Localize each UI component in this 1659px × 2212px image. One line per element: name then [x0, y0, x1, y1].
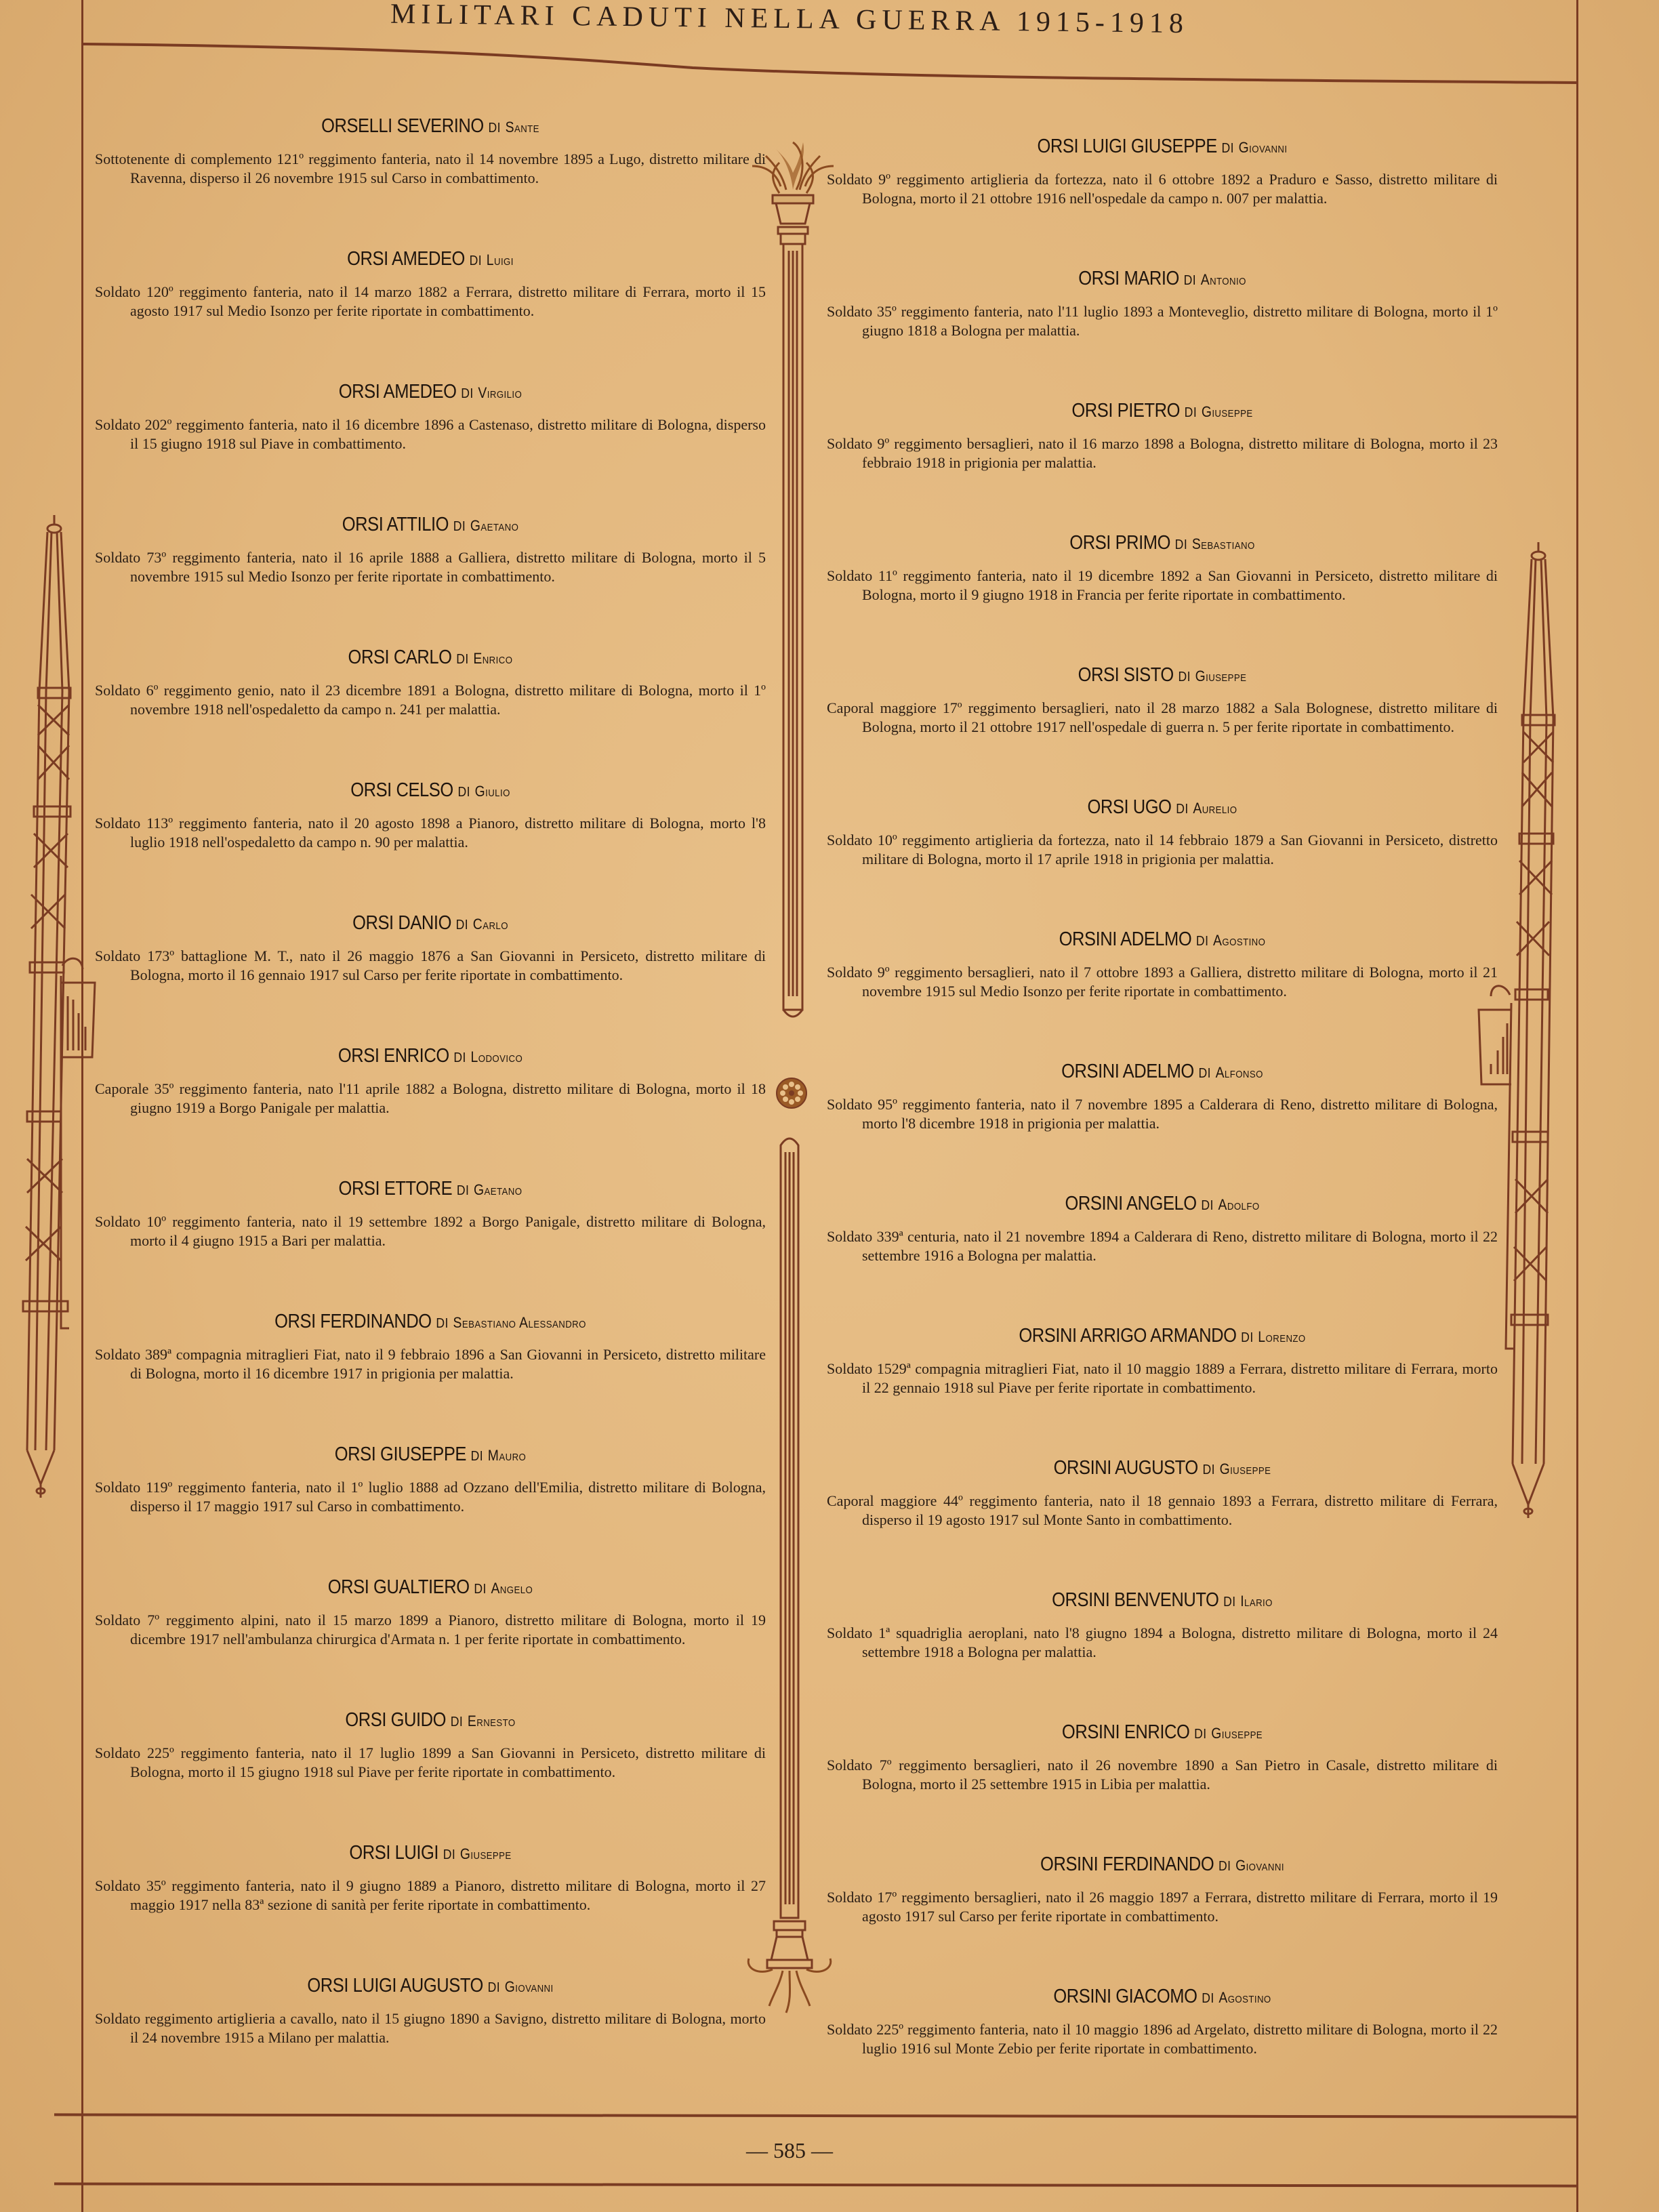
entry-description: Soldato 95º reggimento fanteria, nato il… [827, 1095, 1498, 1133]
entry-name: ORSI PRIMO di Sebastiano [867, 532, 1457, 554]
entry-name: ORSINI GIACOMO di Agostino [867, 1986, 1457, 2008]
entry-surname-given: ORSI AMEDEO [339, 381, 457, 403]
entry-di: di [1202, 1462, 1214, 1477]
entry-description: Soldato 10º reggimento artiglieria da fo… [827, 831, 1498, 869]
entry-di: di [457, 1183, 469, 1198]
page-header-title: MILITARI CADUTI NELLA GUERRA 1915-1918 [27, 0, 1552, 45]
entry-father: Lorenzo [1258, 1328, 1305, 1345]
entry-di: di [1178, 670, 1190, 684]
entry-di: di [461, 386, 473, 401]
entry-surname-given: ORSINI BENVENUTO [1052, 1589, 1218, 1611]
entry-name: ORSI GUALTIERO di Angelo [135, 1576, 725, 1599]
footer-rule-top [54, 2113, 1576, 2118]
entry-description: Soldato 202º reggimento fanteria, nato i… [95, 415, 766, 453]
memorial-entry: ORSINI AUGUSTO di Giuseppe Caporal maggi… [827, 1457, 1498, 1530]
entry-father: Lodovico [471, 1048, 523, 1065]
entry-description: Soldato 35º reggimento fanteria, nato il… [95, 1877, 766, 1914]
entry-di: di [453, 519, 466, 534]
entry-name: ORSI DANIO di Carlo [135, 912, 725, 935]
entry-di: di [436, 1316, 448, 1331]
entry-di: di [474, 1582, 486, 1597]
entry-description: Soldato 17º reggimento bersaglieri, nato… [827, 1888, 1498, 1926]
entry-father: Sebastiano Alessandro [453, 1314, 586, 1331]
memorial-entry: ORSI PIETRO di Giuseppe Soldato 9º reggi… [827, 400, 1498, 472]
entry-father: Giuseppe [1220, 1460, 1271, 1477]
entry-name: ORSI UGO di Aurelio [867, 796, 1457, 819]
entry-name: ORSINI FERDINANDO di Giovanni [867, 1853, 1457, 1876]
memorial-entry: ORSINI BENVENUTO di Ilario Soldato 1ª sq… [827, 1589, 1498, 1662]
memorial-entry: ORSI CELSO di Giulio Soldato 113º reggim… [95, 779, 766, 852]
entry-surname-given: ORSINI AUGUSTO [1054, 1457, 1198, 1479]
entry-father: Giuseppe [1211, 1725, 1263, 1742]
entry-father: Ilario [1240, 1593, 1273, 1610]
entry-di: di [453, 1050, 466, 1065]
page-frame-right-rule [1576, 0, 1578, 2212]
memorial-entry: ORSI GIUSEPPE di Mauro Soldato 119º regg… [95, 1443, 766, 1516]
entry-surname-given: ORSINI ENRICO [1062, 1721, 1190, 1743]
memorial-entry: ORSI LUIGI AUGUSTO di Giovanni Soldato r… [95, 1975, 766, 2047]
entry-surname-given: ORSI SISTO [1078, 664, 1174, 686]
entry-father: Agostino [1218, 1989, 1271, 2006]
entry-name: ORSELLI SEVERINO di Sante [135, 115, 725, 138]
entry-name: ORSI CARLO di Enrico [135, 647, 725, 669]
entry-di: di [457, 785, 470, 800]
memorial-entry: ORSI AMEDEO di Virgilio Soldato 202º reg… [95, 381, 766, 453]
memorial-entry: ORSINI FERDINANDO di Giovanni Soldato 17… [827, 1853, 1498, 1926]
entry-description: Soldato 1ª squadriglia aeroplani, nato l… [827, 1624, 1498, 1662]
entry-di: di [1194, 1727, 1206, 1742]
entry-father: Carlo [473, 916, 508, 933]
entry-surname-given: ORSINI ADELMO [1061, 1061, 1194, 1082]
entry-di: di [1176, 802, 1188, 817]
entry-di: di [1201, 1198, 1213, 1213]
entry-father: Giuseppe [460, 1845, 512, 1862]
entry-surname-given: ORSI GUALTIERO [328, 1576, 470, 1598]
entry-surname-given: ORSI FERDINANDO [274, 1311, 432, 1332]
entry-di: di [456, 652, 468, 667]
entry-father: Sebastiano [1192, 535, 1255, 552]
entry-di: di [451, 1715, 463, 1729]
entry-surname-given: ORSI UGO [1087, 796, 1171, 818]
entry-description: Soldato 225º reggimento fanteria, nato i… [95, 1744, 766, 1782]
entry-surname-given: ORSINI ANGELO [1065, 1193, 1196, 1214]
entry-father: Enrico [473, 650, 512, 667]
entry-name: ORSI ETTORE di Gaetano [135, 1178, 725, 1200]
entry-description: Soldato 225º reggimento fanteria, nato i… [827, 2020, 1498, 2058]
entry-father: Angelo [491, 1580, 533, 1597]
entry-father: Aurelio [1193, 800, 1237, 817]
entry-surname-given: ORSI ENRICO [338, 1045, 449, 1067]
entry-name: ORSI LUIGI di Giuseppe [135, 1842, 725, 1864]
entry-di: di [1202, 1991, 1214, 2006]
entry-name: ORSINI ARRIGO ARMANDO di Lorenzo [867, 1325, 1457, 1347]
entry-di: di [488, 1980, 500, 1995]
entry-description: Soldato 9º reggimento artiglieria da for… [827, 170, 1498, 208]
memorial-entry: ORSI SISTO di Giuseppe Caporal maggiore … [827, 664, 1498, 737]
memorial-entry: ORSI GUIDO di Ernesto Soldato 225º reggi… [95, 1709, 766, 1782]
entry-surname-given: ORSI CARLO [348, 647, 452, 668]
entry-di: di [1196, 934, 1208, 949]
entry-father: Giovanni [505, 1978, 554, 1995]
entry-description: Soldato 6º reggimento genio, nato il 23 … [95, 681, 766, 719]
entry-father: Antonio [1201, 271, 1246, 288]
entry-description: Soldato 173º battaglione M. T., nato il … [95, 947, 766, 985]
entry-di: di [1223, 1595, 1235, 1610]
entry-surname-given: ORSI LUIGI GIUSEPPE [1037, 136, 1216, 157]
header-rule [83, 41, 1578, 88]
entry-description: Soldato reggimento artiglieria a cavallo… [95, 2009, 766, 2047]
entry-description: Caporal maggiore 17º reggimento bersagli… [827, 699, 1498, 737]
entry-description: Sottotenente di complemento 121º reggime… [95, 150, 766, 188]
memorial-entry: ORSI UGO di Aurelio Soldato 10º reggimen… [827, 796, 1498, 869]
entry-di: di [1184, 273, 1196, 288]
memorial-entry: ORSI ATTILIO di Gaetano Soldato 73º regg… [95, 514, 766, 586]
memorial-entry: ORSI AMEDEO di Luigi Soldato 120º reggim… [95, 248, 766, 321]
memorial-entry: ORSI MARIO di Antonio Soldato 35º reggim… [827, 268, 1498, 340]
memorial-entry: ORSI LUIGI GIUSEPPE di Giovanni Soldato … [827, 136, 1498, 208]
entry-description: Soldato 7º reggimento alpini, nato il 15… [95, 1611, 766, 1649]
entry-di: di [1241, 1330, 1253, 1345]
memorial-entry: ORSINI ENRICO di Giuseppe Soldato 7º reg… [827, 1721, 1498, 1794]
entry-surname-given: ORSI ATTILIO [342, 514, 449, 535]
entry-surname-given: ORSI PRIMO [1069, 532, 1170, 554]
entry-name: ORSI LUIGI GIUSEPPE di Giovanni [867, 136, 1457, 158]
entry-name: ORSINI AUGUSTO di Giuseppe [867, 1457, 1457, 1479]
entry-father: Ernesto [468, 1713, 516, 1729]
entry-name: ORSINI ENRICO di Giuseppe [867, 1721, 1457, 1744]
entry-father: Giulio [475, 783, 510, 800]
entry-description: Caporale 35º reggimento fanteria, nato l… [95, 1080, 766, 1118]
entry-name: ORSI GUIDO di Ernesto [135, 1709, 725, 1732]
entry-name: ORSI GIUSEPPE di Mauro [135, 1443, 725, 1466]
entry-di: di [456, 918, 468, 933]
memorial-entry: ORSINI GIACOMO di Agostino Soldato 225º … [827, 1986, 1498, 2058]
entry-father: Adolfo [1218, 1196, 1260, 1213]
memorial-entry: ORSINI ANGELO di Adolfo Soldato 339ª cen… [827, 1193, 1498, 1265]
entry-surname-given: ORSI ETTORE [339, 1178, 453, 1200]
entry-surname-given: ORSI GIUSEPPE [335, 1443, 466, 1465]
entry-name: ORSI ENRICO di Lodovico [135, 1045, 725, 1067]
entry-surname-given: ORSI GUIDO [345, 1709, 446, 1731]
entry-description: Soldato 7º reggimento bersaglieri, nato … [827, 1756, 1498, 1794]
entry-di: di [1221, 141, 1233, 156]
entry-di: di [1218, 1859, 1231, 1874]
page-number: — 585 — [27, 2138, 1552, 2163]
memorial-entry: ORSI GUALTIERO di Angelo Soldato 7º regg… [95, 1576, 766, 1649]
entry-surname-given: ORSI DANIO [352, 912, 451, 934]
rosette-icon [775, 1076, 808, 1110]
memorial-entry: ORSI ENRICO di Lodovico Caporale 35º reg… [95, 1045, 766, 1118]
entry-name: ORSINI ADELMO di Agostino [867, 928, 1457, 951]
entry-di: di [443, 1847, 455, 1862]
entry-name: ORSI PIETRO di Giuseppe [867, 400, 1457, 422]
memorial-entry: ORSINI ADELMO di Agostino Soldato 9º reg… [827, 928, 1498, 1001]
entry-surname-given: ORSINI GIACOMO [1053, 1986, 1197, 2007]
entry-surname-given: ORSI PIETRO [1071, 400, 1180, 422]
entry-surname-given: ORSI MARIO [1078, 268, 1179, 289]
entry-father: Alfonso [1216, 1064, 1263, 1081]
entry-description: Soldato 389ª compagnia mitraglieri Fiat,… [95, 1345, 766, 1383]
entry-di: di [1185, 405, 1197, 420]
entry-di: di [471, 1449, 483, 1464]
memorial-entry: ORSELLI SEVERINO di Sante Sottotenente d… [95, 115, 766, 188]
memorial-entry: ORSI DANIO di Carlo Soldato 173º battagl… [95, 912, 766, 985]
entry-name: ORSI ATTILIO di Gaetano [135, 514, 725, 536]
entry-name: ORSINI BENVENUTO di Ilario [867, 1589, 1457, 1612]
entry-description: Caporal maggiore 44º reggimento fanteria… [827, 1492, 1498, 1530]
entry-di: di [470, 253, 482, 268]
entry-description: Soldato 9º reggimento bersaglieri, nato … [827, 963, 1498, 1001]
memorial-entry: ORSINI ARRIGO ARMANDO di Lorenzo Soldato… [827, 1325, 1498, 1397]
entry-description: Soldato 11º reggimento fanteria, nato il… [827, 567, 1498, 605]
footer-rule-bottom [54, 2182, 1576, 2187]
entry-father: Giuseppe [1195, 668, 1247, 684]
entry-father: Mauro [488, 1447, 526, 1464]
entry-di: di [488, 121, 500, 136]
entry-surname-given: ORSELLI SEVERINO [321, 115, 484, 137]
memorial-entry: ORSI PRIMO di Sebastiano Soldato 11º reg… [827, 532, 1498, 605]
entry-name: ORSI LUIGI AUGUSTO di Giovanni [135, 1975, 725, 1997]
entry-description: Soldato 1529ª compagnia mitraglieri Fiat… [827, 1359, 1498, 1397]
memorial-entry: ORSI ETTORE di Gaetano Soldato 10º reggi… [95, 1178, 766, 1250]
entry-surname-given: ORSI AMEDEO [347, 248, 465, 270]
entry-name: ORSI MARIO di Antonio [867, 268, 1457, 290]
entry-father: Gaetano [474, 1181, 522, 1198]
memorial-entry: ORSI LUIGI di Giuseppe Soldato 35º reggi… [95, 1842, 766, 1914]
entry-father: Agostino [1213, 932, 1265, 949]
entry-surname-given: ORSI LUIGI AUGUSTO [307, 1975, 483, 1996]
entry-surname-given: ORSI CELSO [350, 779, 453, 801]
entry-di: di [1198, 1066, 1210, 1081]
entry-di: di [1175, 537, 1187, 552]
entry-description: Soldato 10º reggimento fanteria, nato il… [95, 1212, 766, 1250]
entry-surname-given: ORSINI ADELMO [1059, 928, 1192, 950]
entry-father: Sante [506, 119, 539, 136]
memorial-entry: ORSI FERDINANDO di Sebastiano Alessandro… [95, 1311, 766, 1383]
entry-father: Giuseppe [1202, 403, 1253, 420]
entry-surname-given: ORSINI FERDINANDO [1040, 1853, 1214, 1875]
entry-surname-given: ORSINI ARRIGO ARMANDO [1019, 1325, 1236, 1347]
memorial-entry: ORSINI ADELMO di Alfonso Soldato 95º reg… [827, 1061, 1498, 1133]
entry-description: Soldato 73º reggimento fanteria, nato il… [95, 548, 766, 586]
entry-father: Virgilio [478, 384, 522, 401]
entry-father: Giovanni [1235, 1857, 1284, 1874]
entry-name: ORSINI ANGELO di Adolfo [867, 1193, 1457, 1215]
entry-name: ORSI FERDINANDO di Sebastiano Alessandro [135, 1311, 725, 1333]
entry-description: Soldato 35º reggimento fanteria, nato l'… [827, 302, 1498, 340]
entry-surname-given: ORSI LUIGI [349, 1842, 438, 1864]
entry-description: Soldato 9º reggimento bersaglieri, nato … [827, 434, 1498, 472]
entry-name: ORSI AMEDEO di Virgilio [135, 381, 725, 403]
entry-name: ORSI CELSO di Giulio [135, 779, 725, 802]
entry-description: Soldato 119º reggimento fanteria, nato i… [95, 1478, 766, 1516]
entry-description: Soldato 113º reggimento fanteria, nato i… [95, 814, 766, 852]
entry-name: ORSI SISTO di Giuseppe [867, 664, 1457, 687]
entry-description: Soldato 339ª centuria, nato il 21 novemb… [827, 1227, 1498, 1265]
entry-father: Gaetano [470, 517, 518, 534]
memorial-entry: ORSI CARLO di Enrico Soldato 6º reggimen… [95, 647, 766, 719]
entry-name: ORSINI ADELMO di Alfonso [867, 1061, 1457, 1083]
entry-description: Soldato 120º reggimento fanteria, nato i… [95, 283, 766, 321]
entry-name: ORSI AMEDEO di Luigi [135, 248, 725, 270]
entry-father: Luigi [487, 251, 514, 268]
entry-father: Giovanni [1239, 139, 1288, 156]
fasces-icon-left [7, 515, 102, 1654]
